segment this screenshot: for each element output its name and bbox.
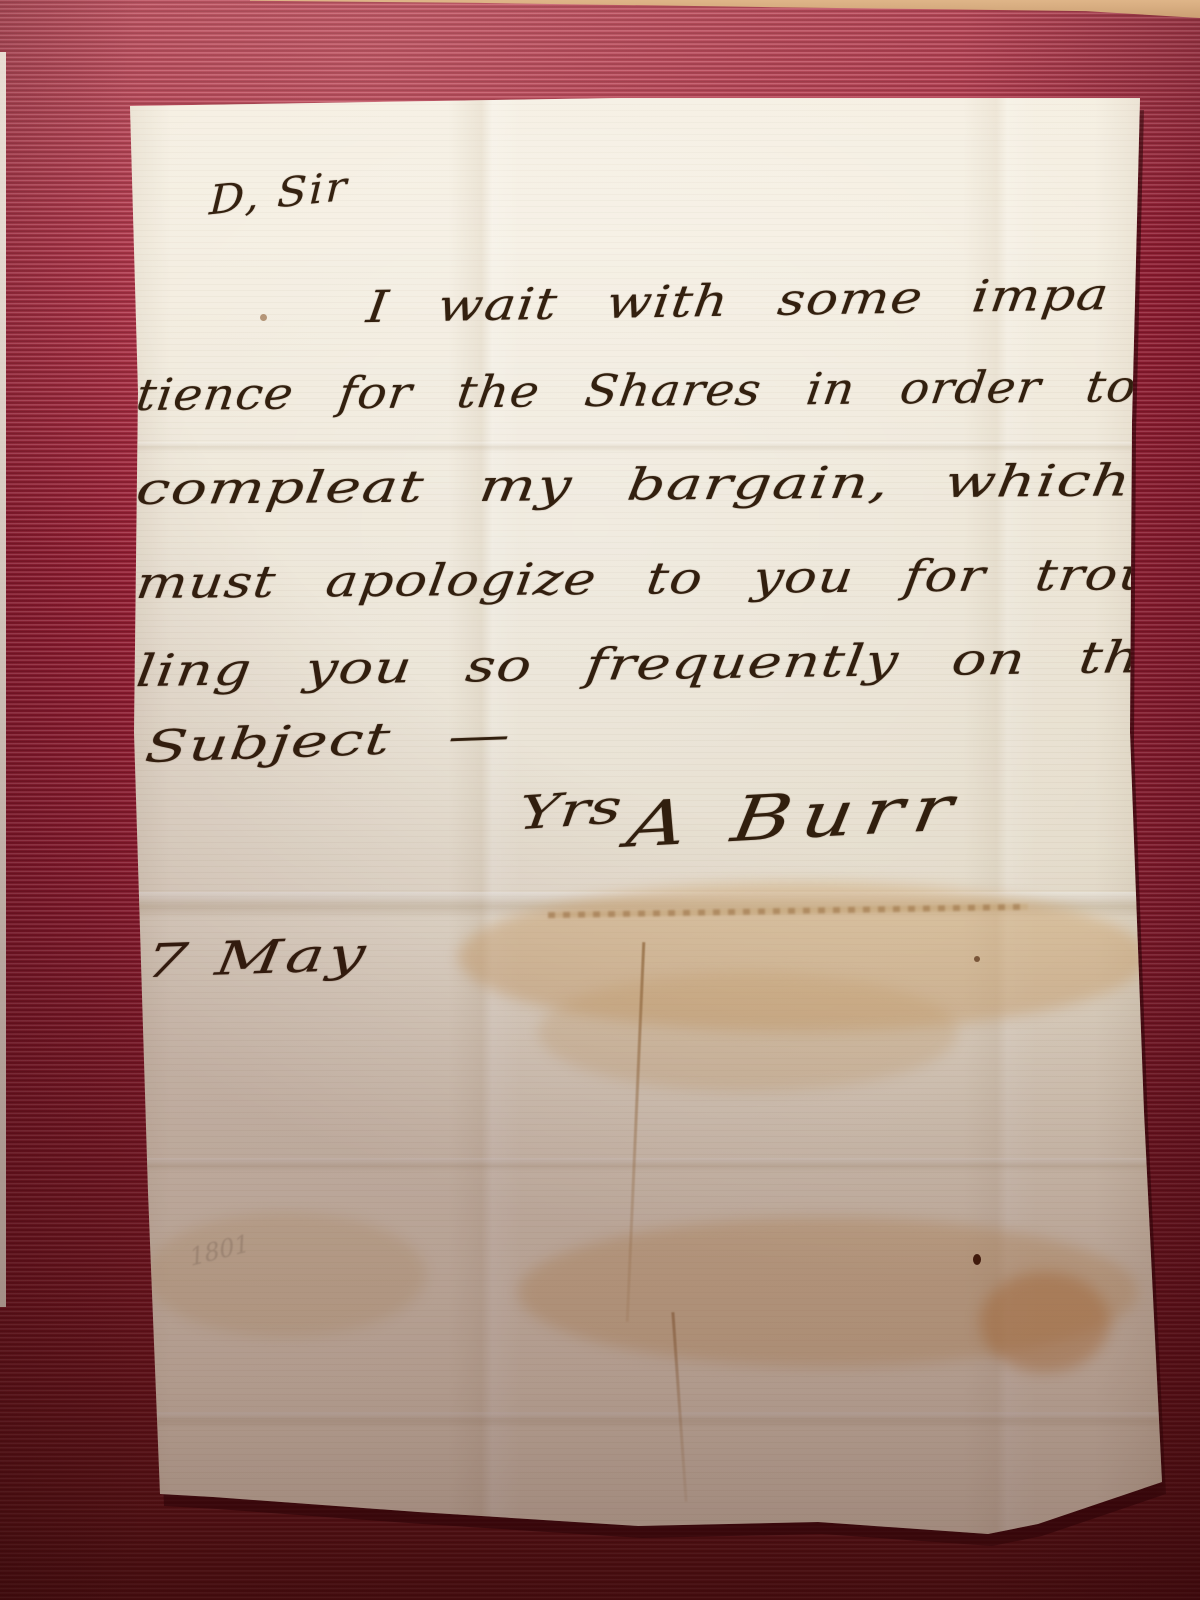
- horizontal-fold-crease: [118, 1158, 1168, 1172]
- framed-letter-photo: D, Sir I wait with some impa — tience fo…: [0, 0, 1200, 1600]
- body-line: compleat my bargain, which: [133, 455, 1134, 515]
- salutation-text: D, Sir: [208, 163, 349, 224]
- signature-text: A Burr: [622, 770, 968, 861]
- stain-patch: [146, 1212, 426, 1337]
- ink-speck: [973, 1254, 981, 1265]
- body-line: must apologize to you for troub-: [133, 549, 1200, 609]
- frame-edge-sliver: [0, 52, 6, 1307]
- date-text: 7 May: [142, 926, 373, 988]
- closing-text: Yrs: [516, 779, 624, 841]
- horizontal-fold-crease: [118, 1412, 1168, 1428]
- paper-fleck: [260, 314, 267, 321]
- body-line: tience for the Shares in order to: [133, 361, 1140, 421]
- stain-patch: [538, 972, 958, 1092]
- letter-paper: D, Sir I wait with some impa — tience fo…: [118, 92, 1168, 1540]
- horizontal-fold-crease: [118, 442, 1168, 452]
- ink-speck: [974, 956, 980, 962]
- stain-patch: [980, 1272, 1110, 1372]
